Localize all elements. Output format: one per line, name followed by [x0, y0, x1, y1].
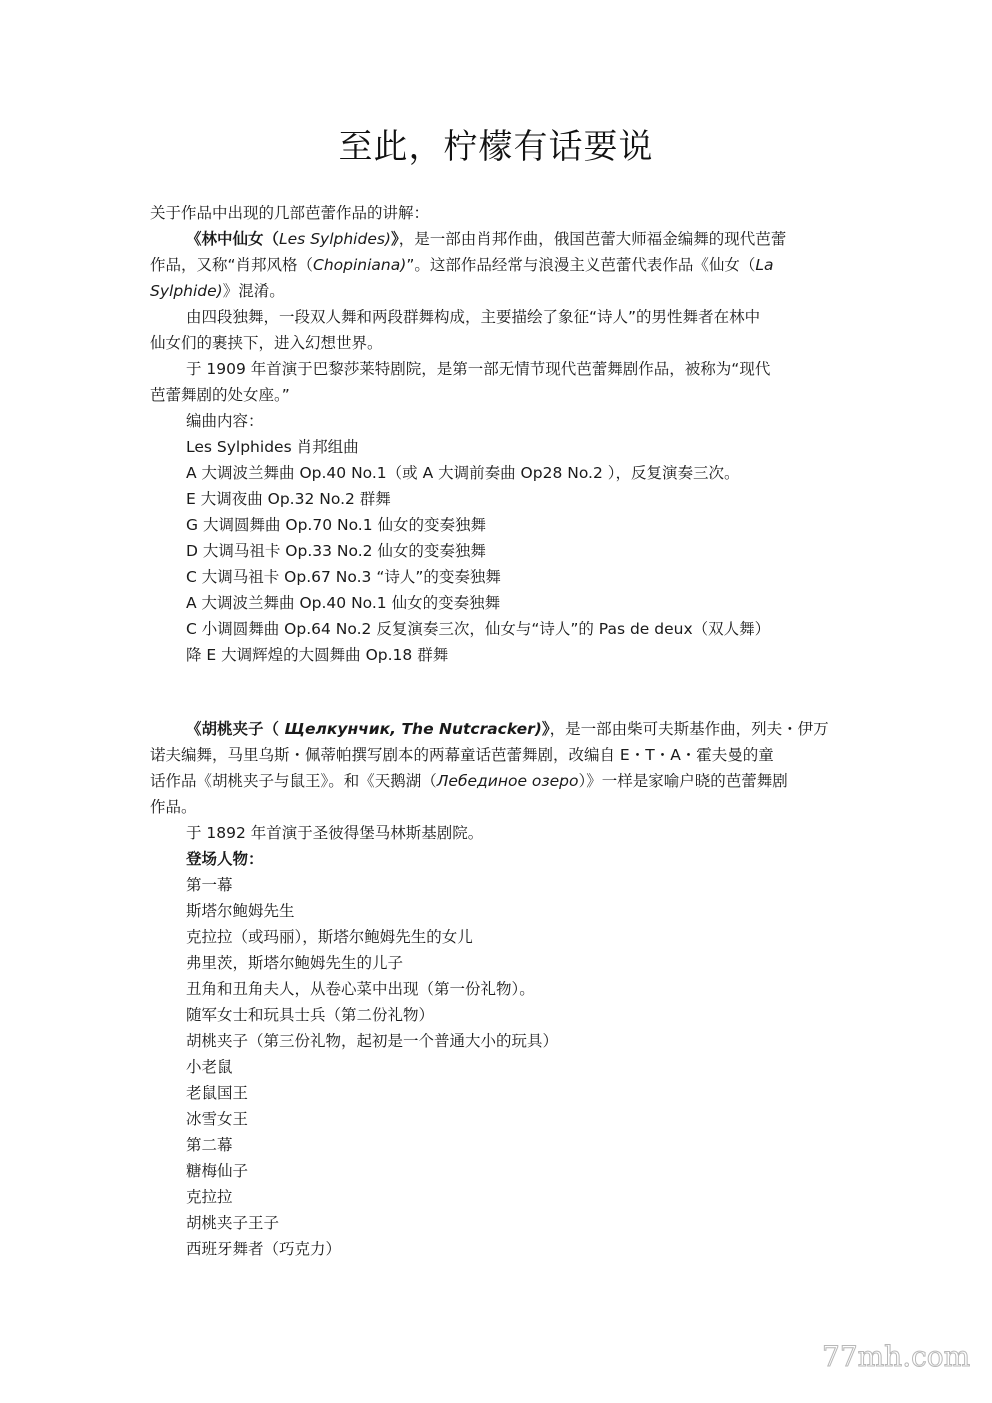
character-item: 弗里茨，斯塔尔鲍姆先生的儿子 [150, 950, 850, 976]
characters-label: 登场人物： [150, 846, 850, 872]
character-item: 第二幕 [150, 1132, 850, 1158]
text-line: 由四段独舞，一段双人舞和两段群舞构成，主要描绘了象征“诗人”的男性舞者在林中 [150, 304, 850, 330]
text: 作品，又称“肖邦风格（ [150, 256, 313, 274]
premiere-line: 于 1892 年首演于圣彼得堡马林斯基剧院。 [150, 820, 850, 846]
nutcracker-paragraph-1: 《胡桃夹子（ Щелкунчик, The Nutcracker)》，是一部由柴… [150, 716, 850, 820]
character-item: 冰雪女王 [150, 1106, 850, 1132]
work-title-close: 》 [542, 720, 550, 738]
latin-text: Лебединое озеро [437, 772, 579, 790]
text: ，是一部由柴可夫斯基作曲，列夫・伊万 [550, 720, 829, 738]
text-line: 《林中仙女（Les Sylphides)》，是一部由肖邦作曲，俄国芭蕾大师福金编… [150, 226, 850, 252]
program-item: Les Sylphides 肖邦组曲 [150, 434, 850, 460]
character-item: 小老鼠 [150, 1054, 850, 1080]
character-item: 西班牙舞者（巧克力） [150, 1236, 850, 1262]
work-title: 《林中仙女（ [186, 230, 279, 248]
character-item: 第一幕 [150, 872, 850, 898]
section-nutcracker: 《胡桃夹子（ Щелкунчик, The Nutcracker)》，是一部由柴… [150, 716, 850, 1262]
work-title: 《胡桃夹子（ [186, 720, 284, 738]
program-item: A 大调波兰舞曲 Op.40 No.1 仙女的变奏独舞 [150, 590, 850, 616]
text-line: 作品。 [150, 794, 850, 820]
work-title-close: 》 [391, 230, 399, 248]
character-item: 克拉拉 [150, 1184, 850, 1210]
text-line: 《胡桃夹子（ Щелкунчик, The Nutcracker)》，是一部由柴… [150, 716, 850, 742]
work-title-latin: Les Sylphides) [279, 230, 391, 248]
text-line: Sylphide)》混淆。 [150, 278, 850, 304]
character-item: 随军女士和玩具士兵（第二份礼物） [150, 1002, 850, 1028]
character-item: 胡桃夹子（第三份礼物，起初是一个普通大小的玩具） [150, 1028, 850, 1054]
work-title-latin: Щелкунчик, The Nutcracker) [284, 720, 541, 738]
character-item: 胡桃夹子王子 [150, 1210, 850, 1236]
latin-text: Chopiniana) [313, 256, 406, 274]
sylphides-paragraph-2: 由四段独舞，一段双人舞和两段群舞构成，主要描绘了象征“诗人”的男性舞者在林中 仙… [150, 304, 850, 356]
program-item: C 大调马祖卡 Op.67 No.3 “诗人”的变奏独舞 [150, 564, 850, 590]
section-les-sylphides: 关于作品中出现的几部芭蕾作品的讲解： 《林中仙女（Les Sylphides)》… [150, 200, 850, 668]
characters-list: 第一幕 斯塔尔鲍姆先生 克拉拉（或玛丽），斯塔尔鲍姆先生的女儿 弗里茨，斯塔尔鲍… [150, 872, 850, 1262]
page-title: 至此，柠檬有话要说 [0, 122, 992, 172]
program-item: A 大调波兰舞曲 Op.40 No.1（或 A 大调前奏曲 Op28 No.2 … [150, 460, 850, 486]
text-line: 仙女们的裹挟下，进入幻想世界。 [150, 330, 850, 356]
text: ）》一样是家喻户晓的芭蕾舞剧 [579, 772, 788, 790]
intro-line: 关于作品中出现的几部芭蕾作品的讲解： [150, 200, 850, 226]
program-item: D 大调马祖卡 Op.33 No.2 仙女的变奏独舞 [150, 538, 850, 564]
program-list: Les Sylphides 肖邦组曲 A 大调波兰舞曲 Op.40 No.1（或… [150, 434, 850, 668]
program-item: E 大调夜曲 Op.32 No.2 群舞 [150, 486, 850, 512]
latin-text: Sylphide) [150, 282, 223, 300]
text-line: 诺夫编舞，马里乌斯・佩蒂帕撰写剧本的两幕童话芭蕾舞剧，改编自 E・T・A・霍夫曼… [150, 742, 850, 768]
text-line: 于 1909 年首演于巴黎莎莱特剧院，是第一部无情节现代芭蕾舞剧作品，被称为“现… [150, 356, 850, 382]
text: 话作品《胡桃夹子与鼠王》。和《天鹅湖（ [150, 772, 437, 790]
text-line: 芭蕾舞剧的处女座。” [150, 382, 850, 408]
text: 》混淆。 [223, 282, 285, 300]
watermark-logo: 77mh.com [822, 1340, 970, 1373]
character-item: 糖梅仙子 [150, 1158, 850, 1184]
text: ”。这部作品经常与浪漫主义芭蕾代表作品《仙女（ [406, 256, 755, 274]
character-item: 克拉拉（或玛丽），斯塔尔鲍姆先生的女儿 [150, 924, 850, 950]
sylphides-paragraph-3: 于 1909 年首演于巴黎莎莱特剧院，是第一部无情节现代芭蕾舞剧作品，被称为“现… [150, 356, 850, 408]
character-item: 老鼠国王 [150, 1080, 850, 1106]
text-line: 作品，又称“肖邦风格（Chopiniana)”。这部作品经常与浪漫主义芭蕾代表作… [150, 252, 850, 278]
program-item: C 小调圆舞曲 Op.64 No.2 反复演奏三次，仙女与“诗人”的 Pas d… [150, 616, 850, 642]
latin-text: La [755, 256, 773, 274]
text-line: 话作品《胡桃夹子与鼠王》。和《天鹅湖（Лебединое озеро）》一样是家… [150, 768, 850, 794]
character-item: 斯塔尔鲍姆先生 [150, 898, 850, 924]
document-page: 至此，柠檬有话要说 关于作品中出现的几部芭蕾作品的讲解： 《林中仙女（Les S… [0, 0, 992, 1403]
program-label: 编曲内容： [150, 408, 850, 434]
text: ，是一部由肖邦作曲，俄国芭蕾大师福金编舞的现代芭蕾 [399, 230, 787, 248]
character-item: 丑角和丑角夫人，从卷心菜中出现（第一份礼物）。 [150, 976, 850, 1002]
program-item: G 大调圆舞曲 Op.70 No.1 仙女的变奏独舞 [150, 512, 850, 538]
sylphides-paragraph-1: 《林中仙女（Les Sylphides)》，是一部由肖邦作曲，俄国芭蕾大师福金编… [150, 226, 850, 304]
program-item: 降 E 大调辉煌的大圆舞曲 Op.18 群舞 [150, 642, 850, 668]
